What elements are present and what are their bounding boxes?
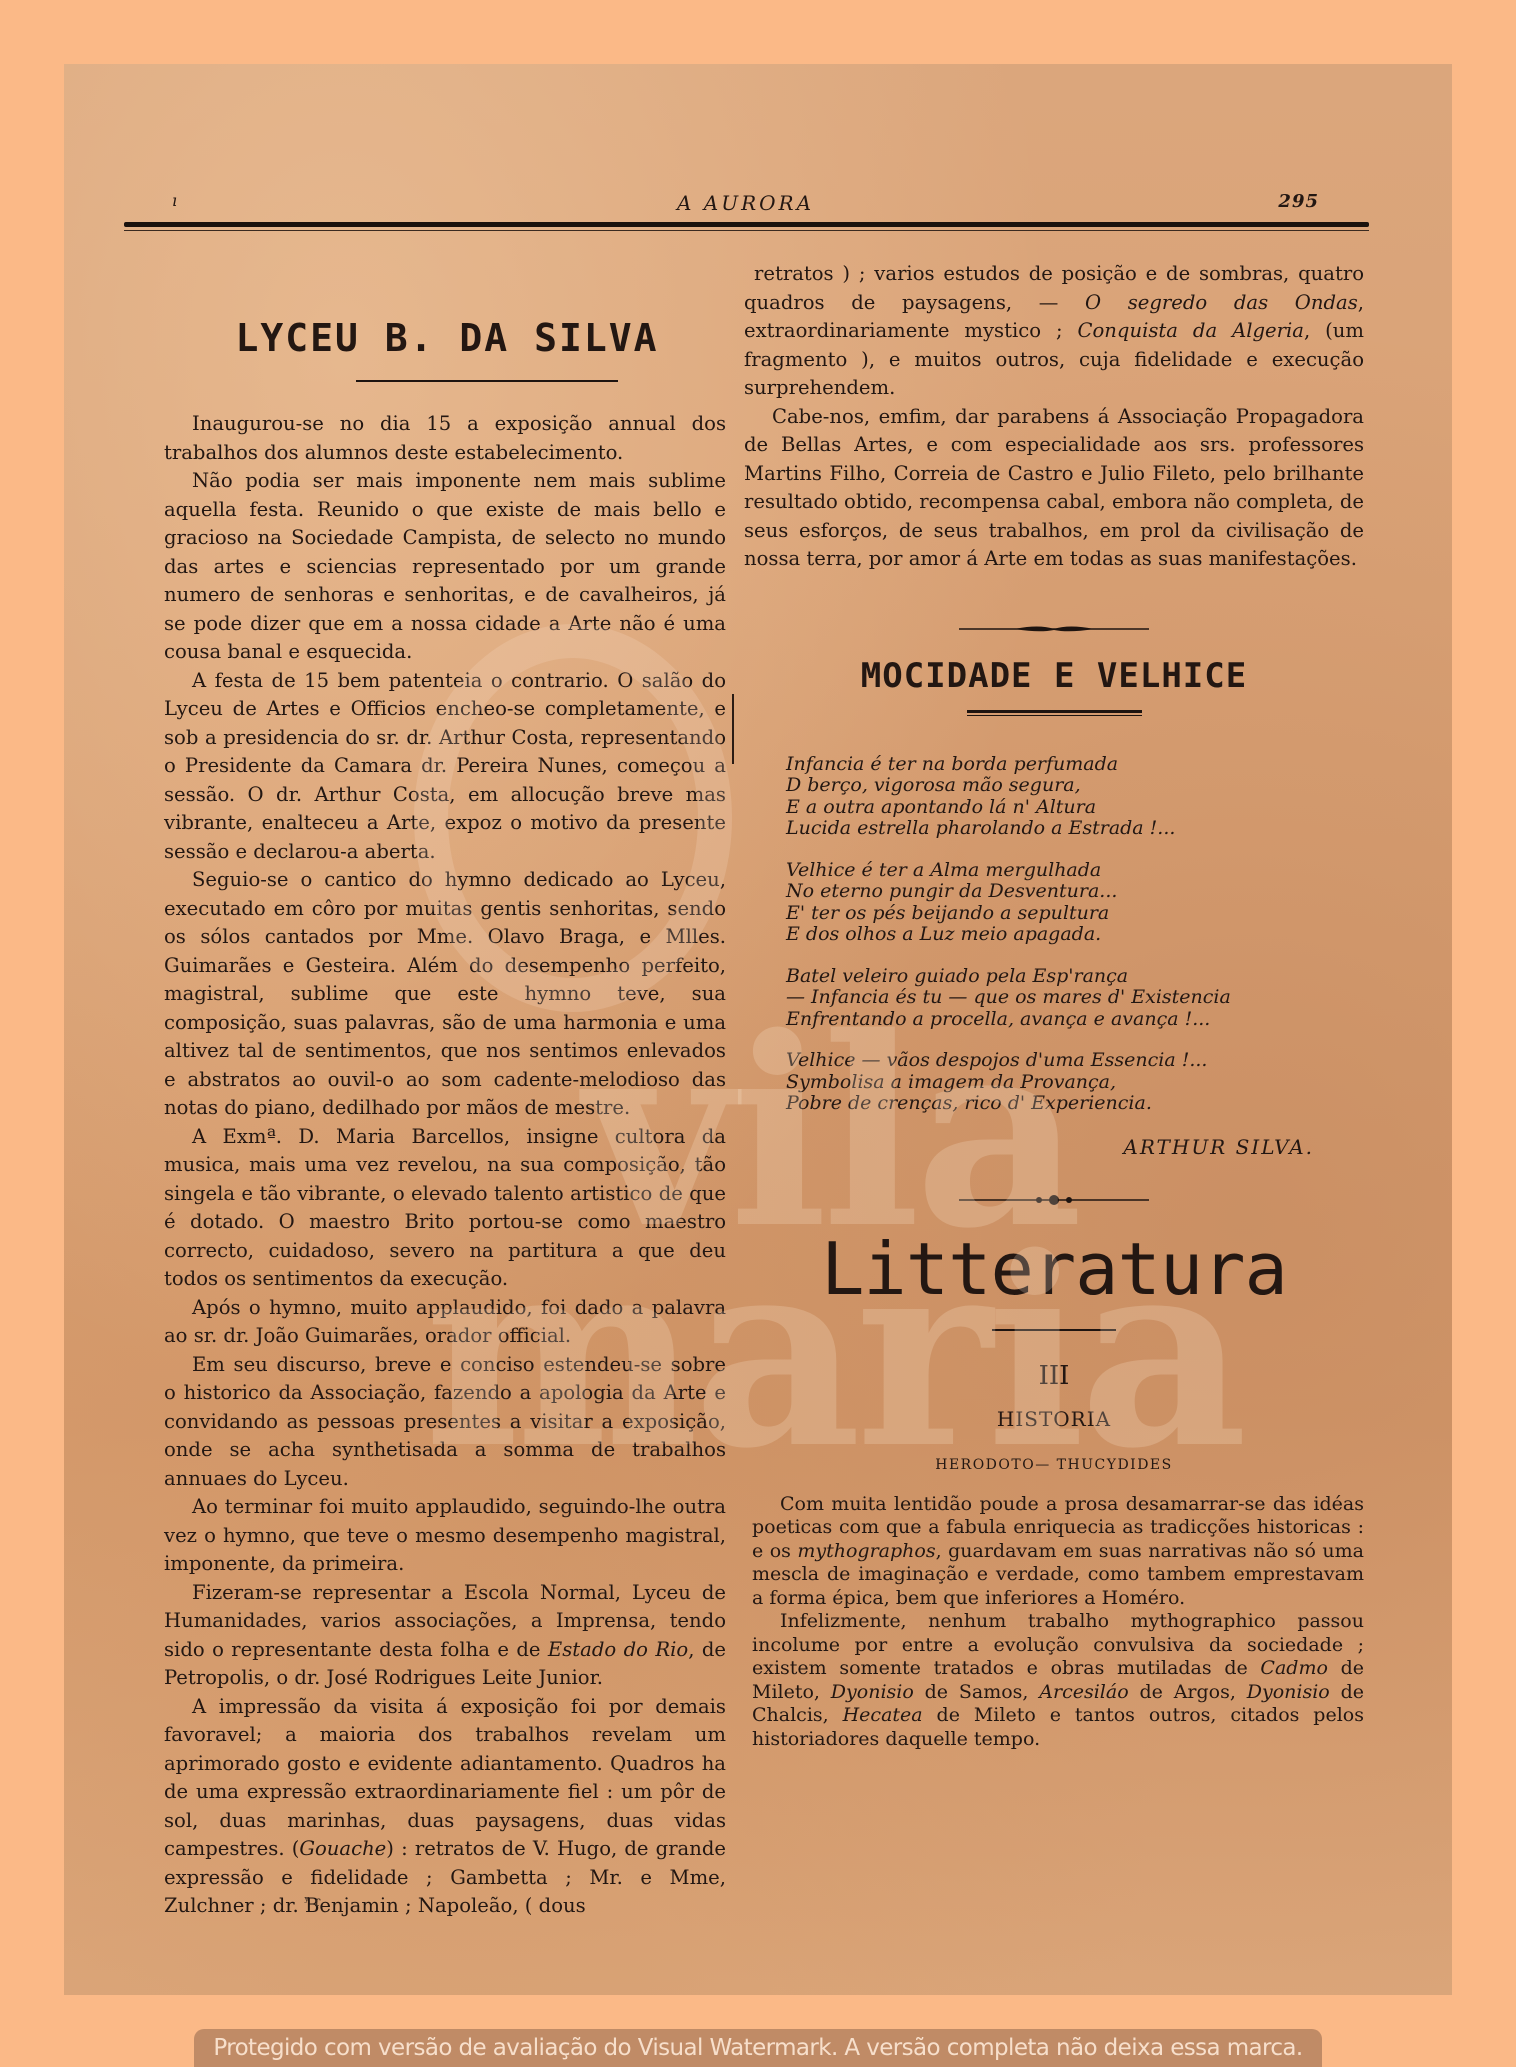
paragraph: Após o hymno, muito applaudido, foi dado… (164, 1294, 726, 1351)
watermark-notice-banner: Protegido com versão de avaliação do Vis… (194, 2029, 1322, 2067)
poem-line: Symbolisa a imagem da Provança, (786, 1072, 1364, 1094)
article-continuation: retratos ) ; varios estudos de posição e… (744, 260, 1364, 574)
poem-line: Enfrentando a procella, avança e avança … (786, 1009, 1364, 1031)
header-rule (124, 222, 1369, 227)
poem-line: Infancia é ter na borda perfumada (786, 754, 1364, 776)
poem-line: E a outra apontando lá n' Altura (786, 797, 1364, 819)
litteratura-divider (992, 1329, 1116, 1331)
poem-stanza: Batel veleiro guiado pela Esp'rança— Inf… (786, 966, 1364, 1031)
paragraph: retratos ) ; varios estudos de posição e… (744, 260, 1364, 403)
poem-line: E' ter os pés beijando a sepultura (786, 903, 1364, 925)
poem-stanza: Velhice — vãos despojos d'uma Essencia !… (786, 1050, 1364, 1115)
newspaper-page: ı A AURORA 295 LYCEU B. DA SILVA Inaugur… (64, 64, 1452, 1995)
section-title-litteratura: Litteratura (744, 1227, 1364, 1311)
header-rule-thin (124, 230, 1369, 231)
poem-author: ARTHUR SILVA. (744, 1135, 1364, 1159)
running-header: ı A AURORA 295 (122, 187, 1369, 217)
poem-line: Lucida estrella pharolando a Estrada !..… (786, 818, 1364, 840)
historia-body: Com muita lentidão poude a prosa desamar… (744, 1493, 1364, 1752)
poem-stanza: Infancia é ter na borda perfumadaD berço… (786, 754, 1364, 840)
stray-mark: ʸ ɾ (304, 1894, 321, 1910)
poem-line: E dos olhos a Luz meio apagada. (786, 924, 1364, 946)
poem-title-divider (967, 710, 1142, 716)
ornament-divider-dots (959, 1193, 1149, 1207)
margin-bracket (732, 694, 734, 764)
chapter-title: HISTORIA (744, 1407, 1364, 1431)
paragraph: Ao terminar foi muito applaudido, seguin… (164, 1493, 726, 1579)
right-column: retratos ) ; varios estudos de posição e… (744, 260, 1364, 1751)
poem-title: MOCIDADE E VELHICE (744, 656, 1364, 696)
poem-line: No eterno pungir da Desventura... (786, 881, 1364, 903)
paragraph: Não podia ser mais imponente nem mais su… (164, 467, 726, 667)
paragraph: A impressão da visita á exposição foi po… (164, 1693, 726, 1921)
paragraph: A festa de 15 bem patenteia o contrario.… (164, 667, 726, 867)
poem-line: Batel veleiro guiado pela Esp'rança (786, 966, 1364, 988)
poem-line: D berço, vigorosa mão segura, (786, 775, 1364, 797)
paragraph: Fizeram-se representar a Escola Normal, … (164, 1579, 726, 1693)
paragraph: Em seu discurso, breve e conciso estende… (164, 1351, 726, 1494)
paragraph: Infelizmente, nenhum trabalho mythograph… (752, 1610, 1364, 1751)
paragraph: Cabe-nos, emfim, dar parabens á Associaç… (744, 403, 1364, 574)
left-column: LYCEU B. DA SILVA Inaugurou-se no dia 15… (116, 254, 728, 1921)
page-number: 295 (1278, 191, 1319, 212)
poem-stanza: Velhice é ter a Alma mergulhadaNo eterno… (786, 860, 1364, 946)
article-body-lyceu: Inaugurou-se no dia 15 a exposição annua… (116, 410, 726, 1921)
poem-line: — Infancia és tu — que os mares d' Exist… (786, 987, 1364, 1009)
poem-line: Velhice — vãos despojos d'uma Essencia !… (786, 1050, 1364, 1072)
title-divider (356, 380, 618, 382)
poem-line: Velhice é ter a Alma mergulhada (786, 860, 1364, 882)
paragraph: Seguio-se o cantico do hymno dedicado ao… (164, 866, 726, 1123)
paragraph: Com muita lentidão poude a prosa desamar… (752, 1493, 1364, 1611)
paragraph: A Exmª. D. Maria Barcellos, insigne cult… (164, 1123, 726, 1294)
poem-body: Infancia é ter na borda perfumadaD berço… (744, 754, 1364, 1115)
poem-line: Pobre de crenças, rico d' Experiencia. (786, 1093, 1364, 1115)
chapter-subheading: HERODOTO— THUCYDIDES (744, 1457, 1364, 1473)
chapter-number: III (744, 1361, 1364, 1391)
paragraph: Inaugurou-se no dia 15 a exposição annua… (164, 410, 726, 467)
ornament-divider (959, 622, 1149, 636)
article-title-lyceu: LYCEU B. DA SILVA (116, 316, 728, 360)
publication-title: A AURORA (122, 191, 1369, 215)
